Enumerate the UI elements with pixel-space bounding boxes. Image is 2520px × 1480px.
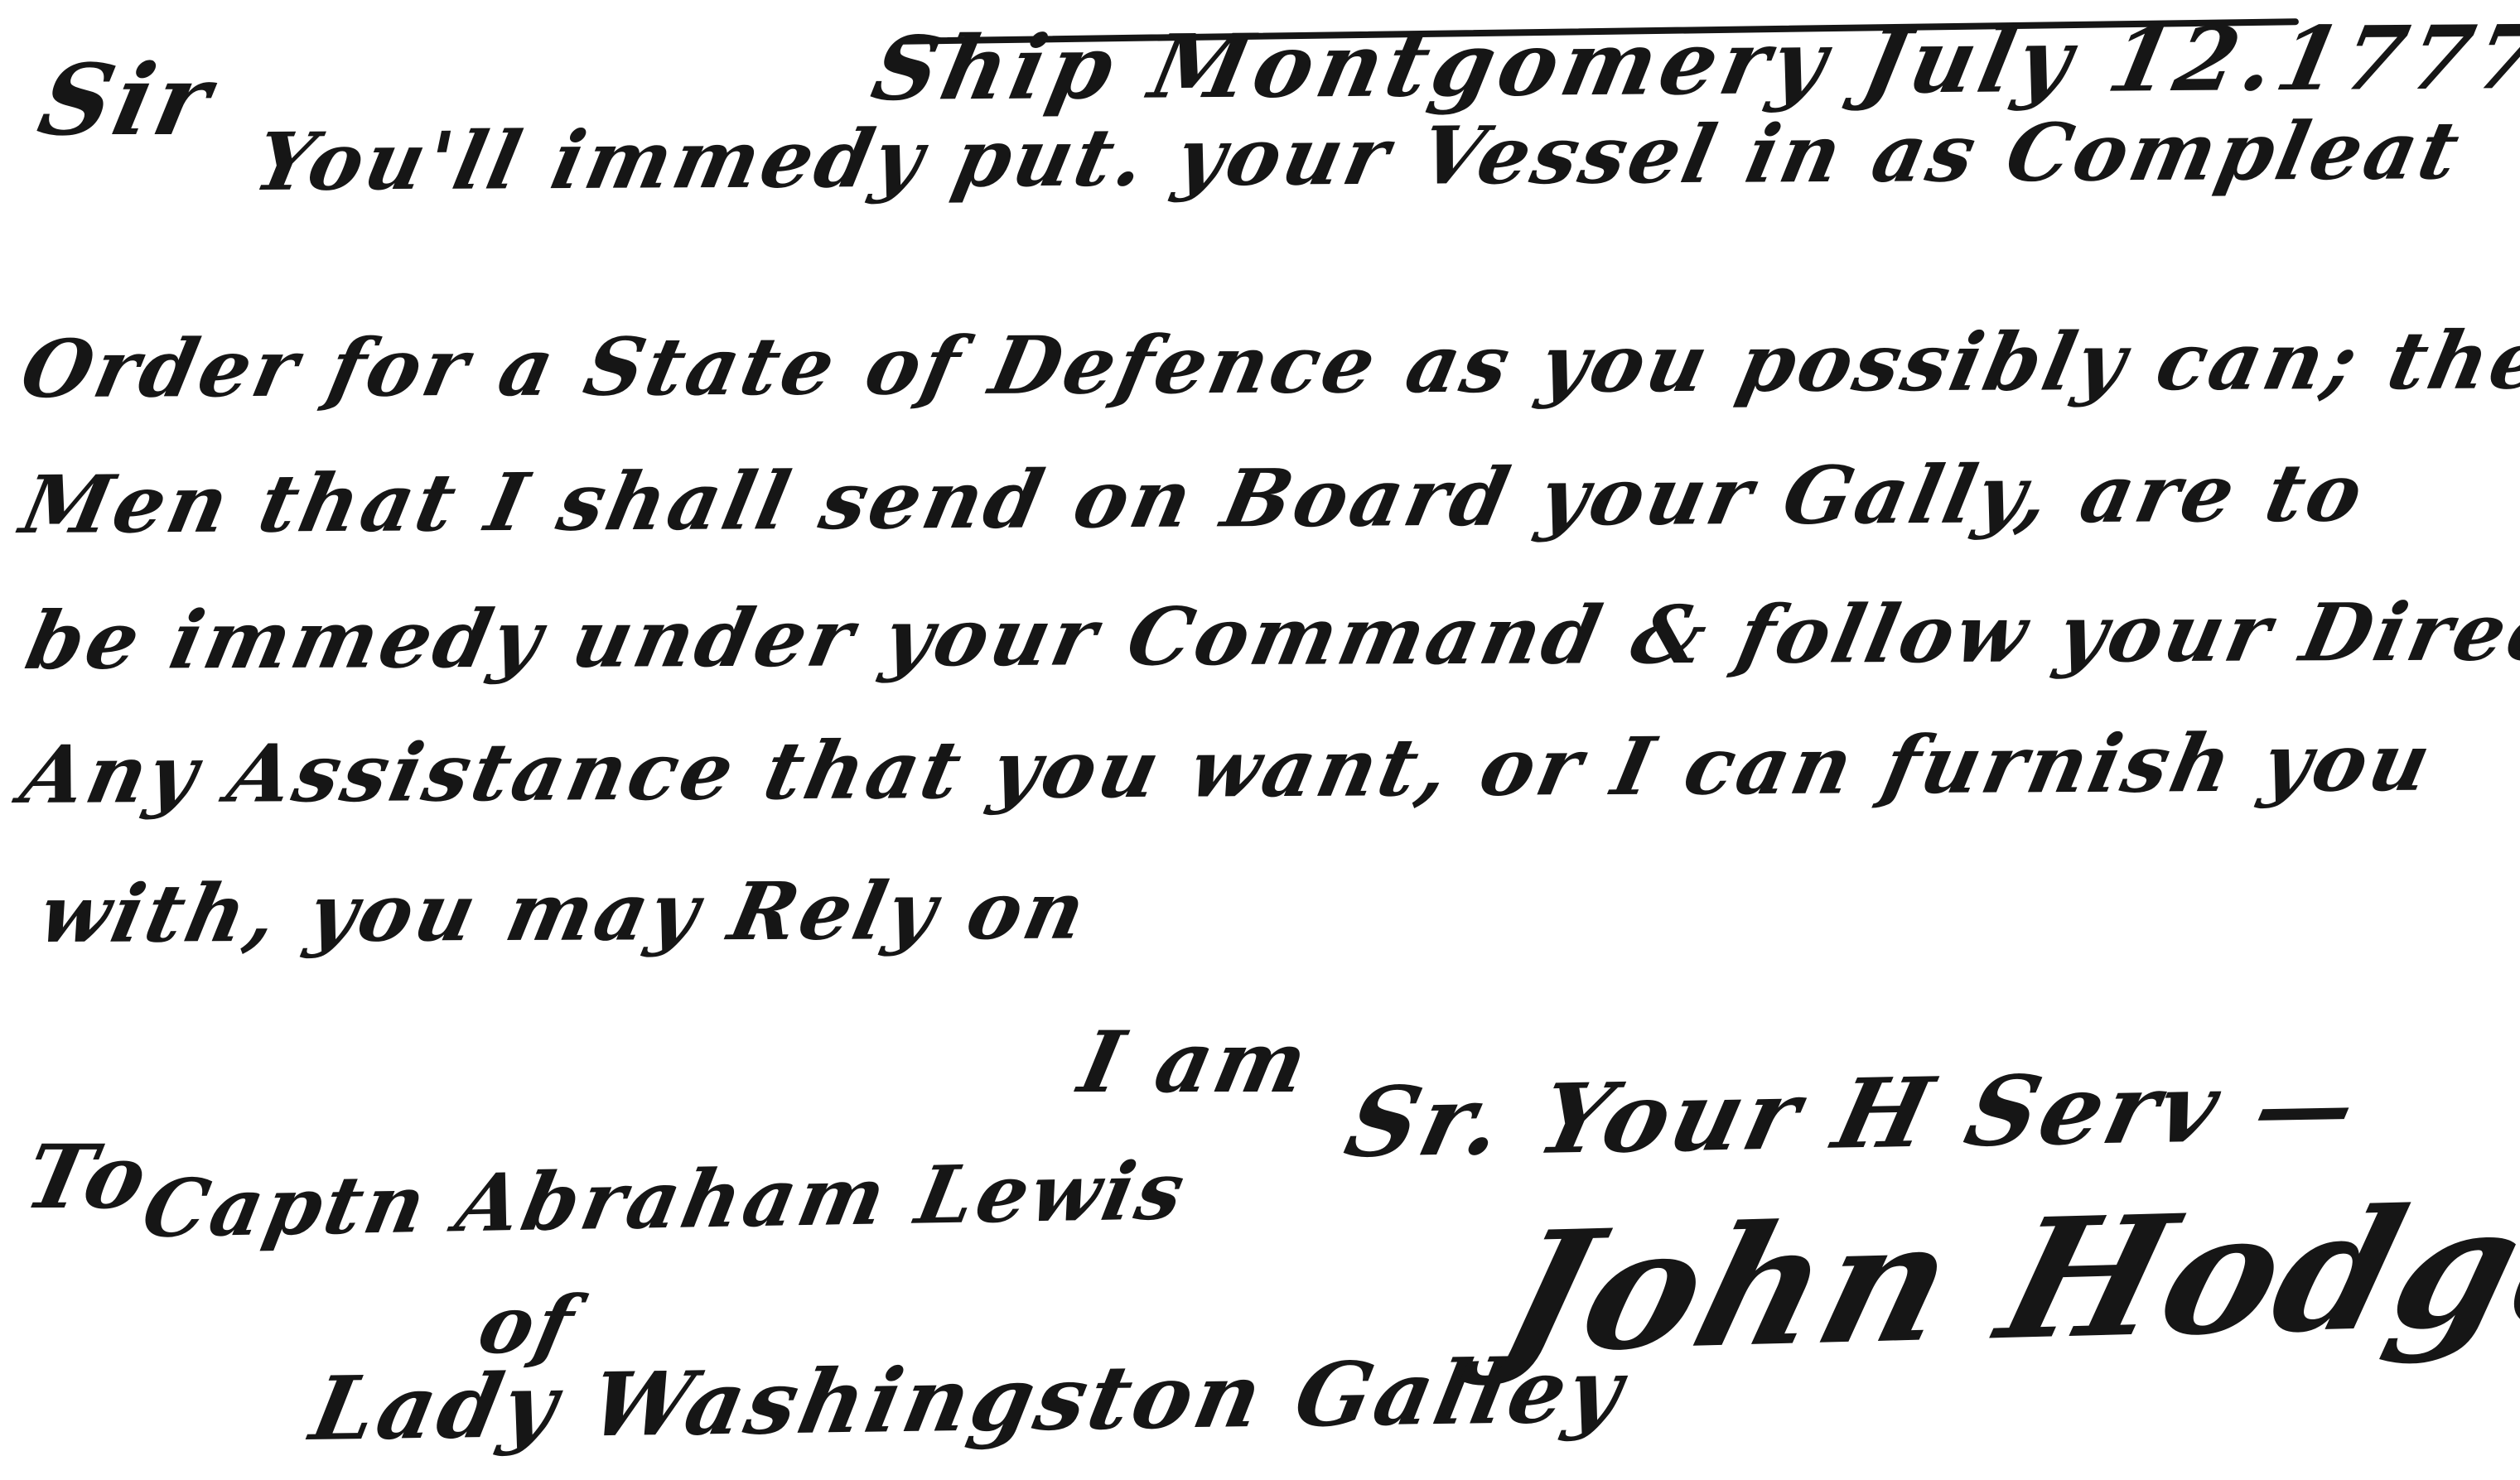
closing-i-am: I am (1073, 1020, 1317, 1105)
body-line-6: with, you may Rely on (33, 871, 1094, 954)
dateline: Ship Montgomery July 12.1777 (866, 13, 2520, 113)
body-line-2: Order for a State of Defence as you poss… (15, 321, 2520, 409)
address-recipient: Captn Abraham Lewis (137, 1151, 1194, 1249)
address-to: To (18, 1133, 157, 1221)
body-line-3: Men that I shall send on Board your Gall… (15, 453, 2372, 545)
body-line-1: You'll immedy put. your Vessel in as Com… (249, 111, 2469, 202)
body-line-4: be immedy under your Command & follow yo… (20, 591, 2520, 681)
closing-your-humble-servant: Sr. Your H Serv — (1338, 1058, 2368, 1171)
salutation: Sir (31, 51, 221, 149)
letter-page: Ship Montgomery July 12.1777 Sir You'll … (0, 0, 2520, 1480)
address-vessel: Lady Washingston Galley (305, 1347, 1632, 1453)
body-line-5: Any Assistance that you want, or I can f… (15, 723, 2440, 815)
signature: John Hodges (1487, 1179, 2520, 1376)
